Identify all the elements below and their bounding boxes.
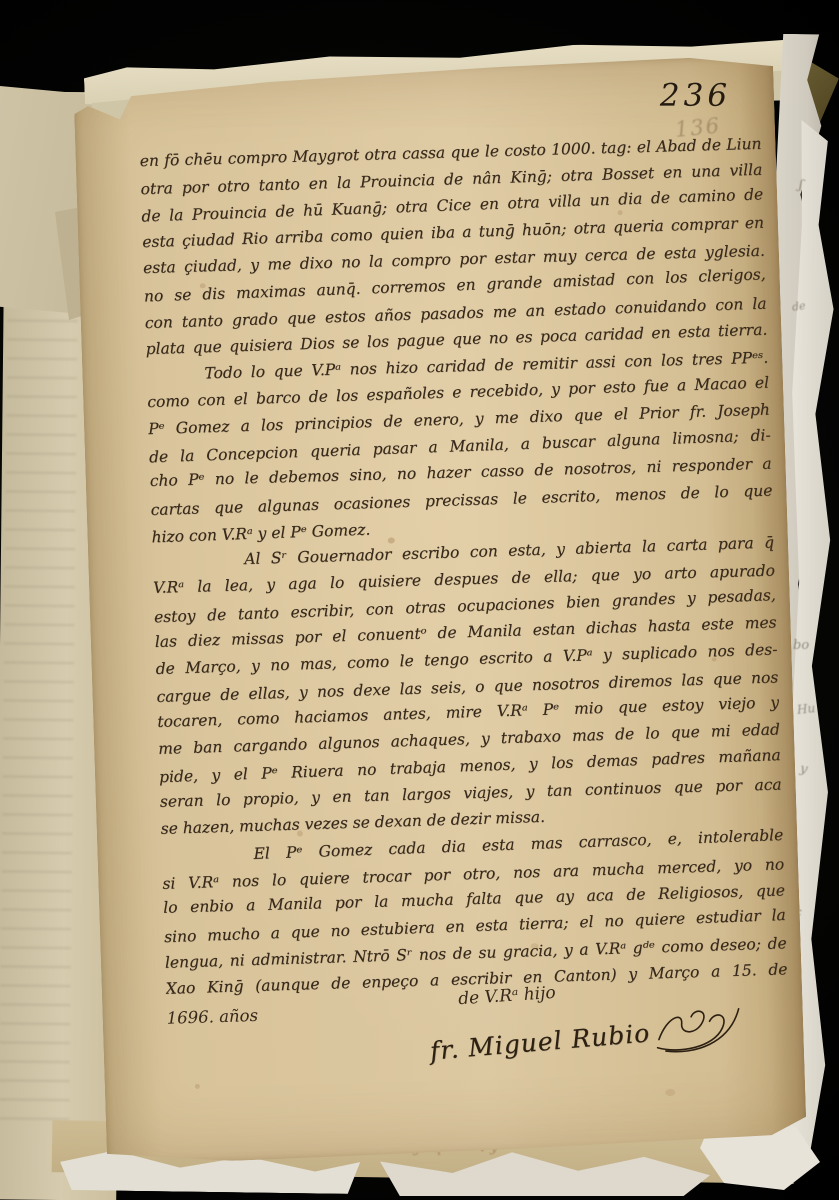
- folio-number: 236: [660, 78, 731, 114]
- photograph-scene: ʃ bo Hu y de c todo. y q— ·vy dar 236 13…: [0, 0, 839, 1200]
- signature-block: fr. Miguel Rubio: [428, 1001, 746, 1075]
- manuscript-page: 236 136 en fō chēu compro Maygrot otra c…: [73, 55, 807, 1164]
- date-line: 1696. años: [166, 1006, 258, 1028]
- signature-rubric-flourish: [650, 1001, 746, 1057]
- letter-lines: en fō chēu compro Maygrot otra cassa que…: [139, 130, 788, 1003]
- signature-name: fr. Miguel Rubio: [429, 1018, 651, 1065]
